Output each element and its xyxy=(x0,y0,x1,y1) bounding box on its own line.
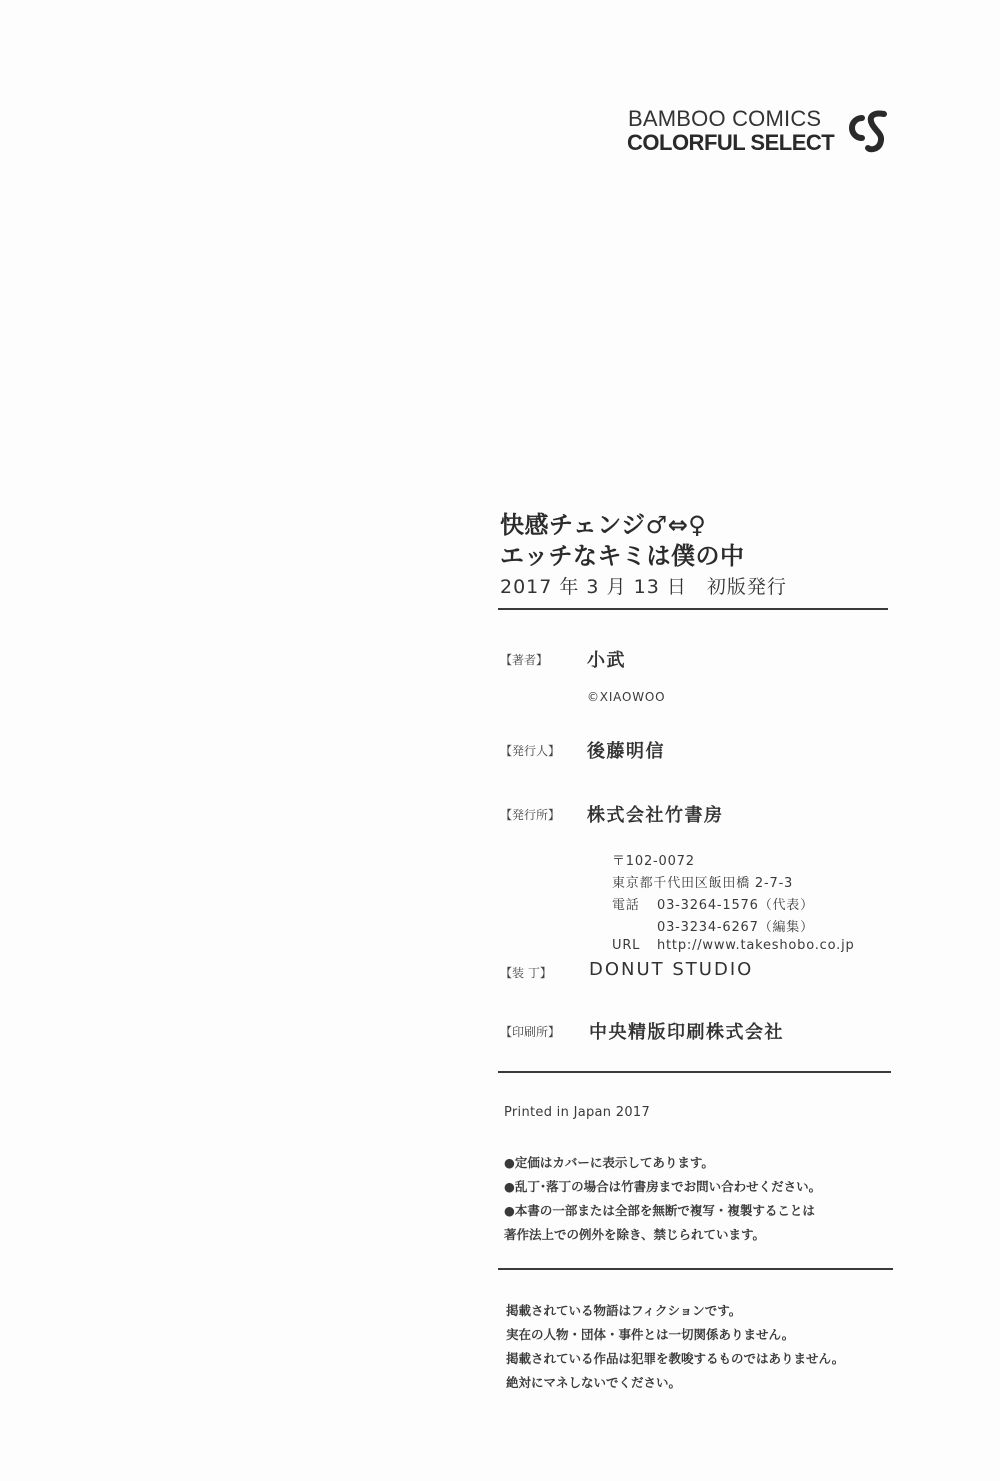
author-copyright: ©XIAOWOO xyxy=(587,690,665,704)
disclaimer-crime: 掲載されている作品は犯罪を教唆するものではありません。 xyxy=(506,1349,844,1367)
disclaimer-fiction: 掲載されている物語はフィクションです。 xyxy=(506,1301,741,1319)
disclaimer-unrelated: 実在の人物・団体・事件とは一切関係ありません。 xyxy=(506,1325,794,1343)
notice-defect: ●乱丁･落丁の場合は竹書房までお問い合わせください。 xyxy=(504,1177,821,1195)
author-label: 【著者】 xyxy=(500,651,548,668)
publisher-name: 株式会社竹書房 xyxy=(587,801,724,827)
design-label: 【装 丁】 xyxy=(500,964,552,981)
publish-date: 2017 年 3 月 13 日 初版発行 xyxy=(500,572,787,599)
logo-bamboo-comics: BAMBOO COMICS xyxy=(628,106,821,132)
printer-name: 中央精版印刷株式会社 xyxy=(589,1018,784,1044)
book-title-line1: 快感チェンジ♂⇔♀ xyxy=(500,505,706,540)
logo-colorful-select: COLORFUL SELECT xyxy=(627,130,834,156)
notice-copy-cont: 著作法上での例外を除き、禁じられています。 xyxy=(504,1225,765,1243)
url-label: URL xyxy=(612,938,640,953)
book-title-line2: エッチなキミは僕の中 xyxy=(500,536,745,571)
publisher-person-label: 【発行人】 xyxy=(500,742,560,759)
notice-price: ●定価はカバーに表示してあります。 xyxy=(504,1153,714,1171)
design-studio: DONUT STUDIO xyxy=(589,959,753,980)
address: 東京都千代田区飯田橋 2-7-3 xyxy=(612,872,793,891)
phone-edit: 03-3234-6267（編集） xyxy=(657,916,814,935)
divider xyxy=(498,1071,891,1073)
printed-in-japan: Printed in Japan 2017 xyxy=(504,1105,650,1120)
divider xyxy=(498,1268,893,1270)
disclaimer-imitate: 絶対にマネしないでください。 xyxy=(506,1373,681,1391)
publisher-person-name: 後藤明信 xyxy=(587,737,665,763)
divider xyxy=(498,608,888,610)
phone-label: 電話 xyxy=(612,894,640,913)
cs-logo-icon xyxy=(840,104,890,154)
author-name: 小武 xyxy=(587,646,626,672)
printer-label: 【印刷所】 xyxy=(500,1023,560,1040)
postal-code: 〒102-0072 xyxy=(612,850,695,869)
publisher-url[interactable]: http://www.takeshobo.co.jp xyxy=(657,938,855,953)
phone-main: 03-3264-1576（代表） xyxy=(657,894,814,913)
publisher-label: 【発行所】 xyxy=(500,806,560,823)
notice-copy: ●本書の一部または全部を無断で複写・複製することは xyxy=(504,1201,815,1219)
